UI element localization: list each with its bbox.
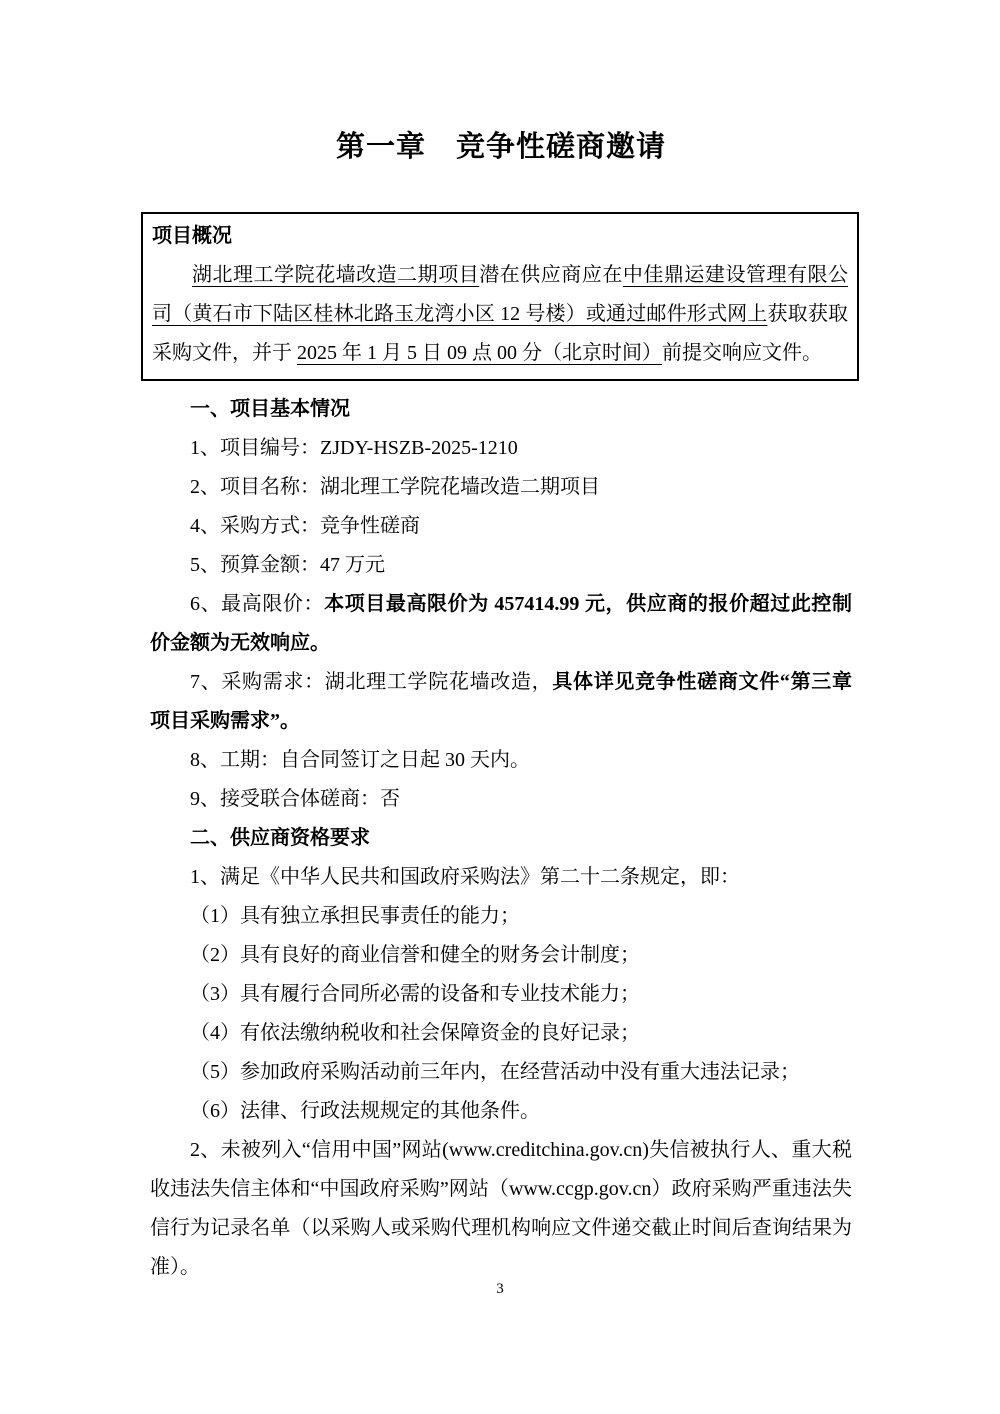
body-paragraph: 5、预算金额：47 万元: [150, 546, 852, 585]
body-paragraph: （1）具有独立承担民事责任的能力；: [150, 897, 852, 936]
text-segment: （3）具有履行合同所必需的设备和专业技术能力；: [190, 983, 640, 1005]
body-paragraph: （3）具有履行合同所必需的设备和专业技术能力；: [150, 975, 852, 1014]
body-paragraph: 2、未被列入“信用中国”网站(www.creditchina.gov.cn)失信…: [150, 1131, 852, 1287]
body-paragraph: 1、项目编号：ZJDY-HSZB-2025-1210: [150, 429, 852, 468]
text-segment: 2、项目名称：湖北理工学院花墙改造二期项目: [190, 476, 600, 498]
section-heading: 二、供应商资格要求: [150, 819, 852, 858]
body-paragraph: 9、接受联合体磋商：否: [150, 780, 852, 819]
text-segment: （6）法律、行政法规规定的其他条件。: [190, 1100, 540, 1122]
text-segment: 8、工期：自合同签订之日起 30 天内。: [190, 749, 530, 771]
document-body: 一、项目基本情况1、项目编号：ZJDY-HSZB-2025-12102、项目名称…: [150, 390, 852, 1287]
text-segment: 4、采购方式：竞争性磋商: [190, 515, 420, 537]
text-segment: 6、最高限价：: [190, 593, 324, 615]
chapter-title: 第一章 竞争性磋商邀请: [150, 128, 852, 166]
text-segment: （2）具有良好的商业信誉和健全的财务会计制度；: [190, 944, 640, 966]
text-segment: （4）有依法缴纳税收和社会保障资金的良好记录；: [190, 1022, 640, 1044]
text-segment: 一、项目基本情况: [190, 398, 350, 420]
text-segment: （1）具有独立承担民事责任的能力；: [190, 905, 520, 927]
section-heading: 一、项目基本情况: [150, 390, 852, 429]
body-paragraph: （5）参加政府采购活动前三年内，在经营活动中没有重大违法记录；: [150, 1053, 852, 1092]
text-segment: （5）参加政府采购活动前三年内，在经营活动中没有重大违法记录；: [190, 1061, 800, 1083]
body-paragraph: （2）具有良好的商业信誉和健全的财务会计制度；: [150, 936, 852, 975]
page-number: 3: [0, 1281, 1000, 1298]
text-segment: 1、项目编号：ZJDY-HSZB-2025-1210: [190, 437, 518, 459]
text-segment: 前提交响应文件。: [662, 342, 822, 364]
body-paragraph: 4、采购方式：竞争性磋商: [150, 507, 852, 546]
text-segment: 9、接受联合体磋商：否: [190, 788, 400, 810]
text-segment: 2、未被列入“信用中国”网站(www.creditchina.gov.cn)失信…: [150, 1139, 852, 1278]
text-segment: 潜在供应商应在: [479, 264, 623, 286]
text-segment: 二、供应商资格要求: [190, 827, 370, 849]
underlined-text: 2025 年 1 月 5 日 09 点 00 分（北京时间）: [297, 342, 662, 364]
body-paragraph: 8、工期：自合同签订之日起 30 天内。: [150, 741, 852, 780]
overview-heading: 项目概况: [152, 217, 848, 256]
body-paragraph: 2、项目名称：湖北理工学院花墙改造二期项目: [150, 468, 852, 507]
overview-paragraph: 湖北理工学院花墙改造二期项目潜在供应商应在中佳鼎运建设管理有限公司（黄石市下陆区…: [152, 256, 848, 373]
body-paragraph: 7、采购需求：湖北理工学院花墙改造，具体详见竞争性磋商文件“第三章 项目采购需求…: [150, 663, 852, 741]
body-paragraph: 6、最高限价：本项目最高限价为 457414.99 元，供应商的报价超过此控制价…: [150, 585, 852, 663]
project-overview-box: 项目概况 湖北理工学院花墙改造二期项目潜在供应商应在中佳鼎运建设管理有限公司（黄…: [141, 212, 859, 381]
document-page: 第一章 竞争性磋商邀请 项目概况 湖北理工学院花墙改造二期项目潜在供应商应在中佳…: [0, 0, 1000, 1414]
text-segment: 5、预算金额：47 万元: [190, 554, 385, 576]
body-paragraph: （4）有依法缴纳税收和社会保障资金的良好记录；: [150, 1014, 852, 1053]
text-segment: 7、采购需求：湖北理工学院花墙改造，: [190, 671, 552, 693]
body-paragraph: （6）法律、行政法规规定的其他条件。: [150, 1092, 852, 1131]
text-segment: 1、满足《中华人民共和国政府采购法》第二十二条规定，即：: [190, 866, 740, 888]
body-paragraph: 1、满足《中华人民共和国政府采购法》第二十二条规定，即：: [150, 858, 852, 897]
underlined-text: 湖北理工学院花墙改造二期项目: [192, 264, 479, 286]
